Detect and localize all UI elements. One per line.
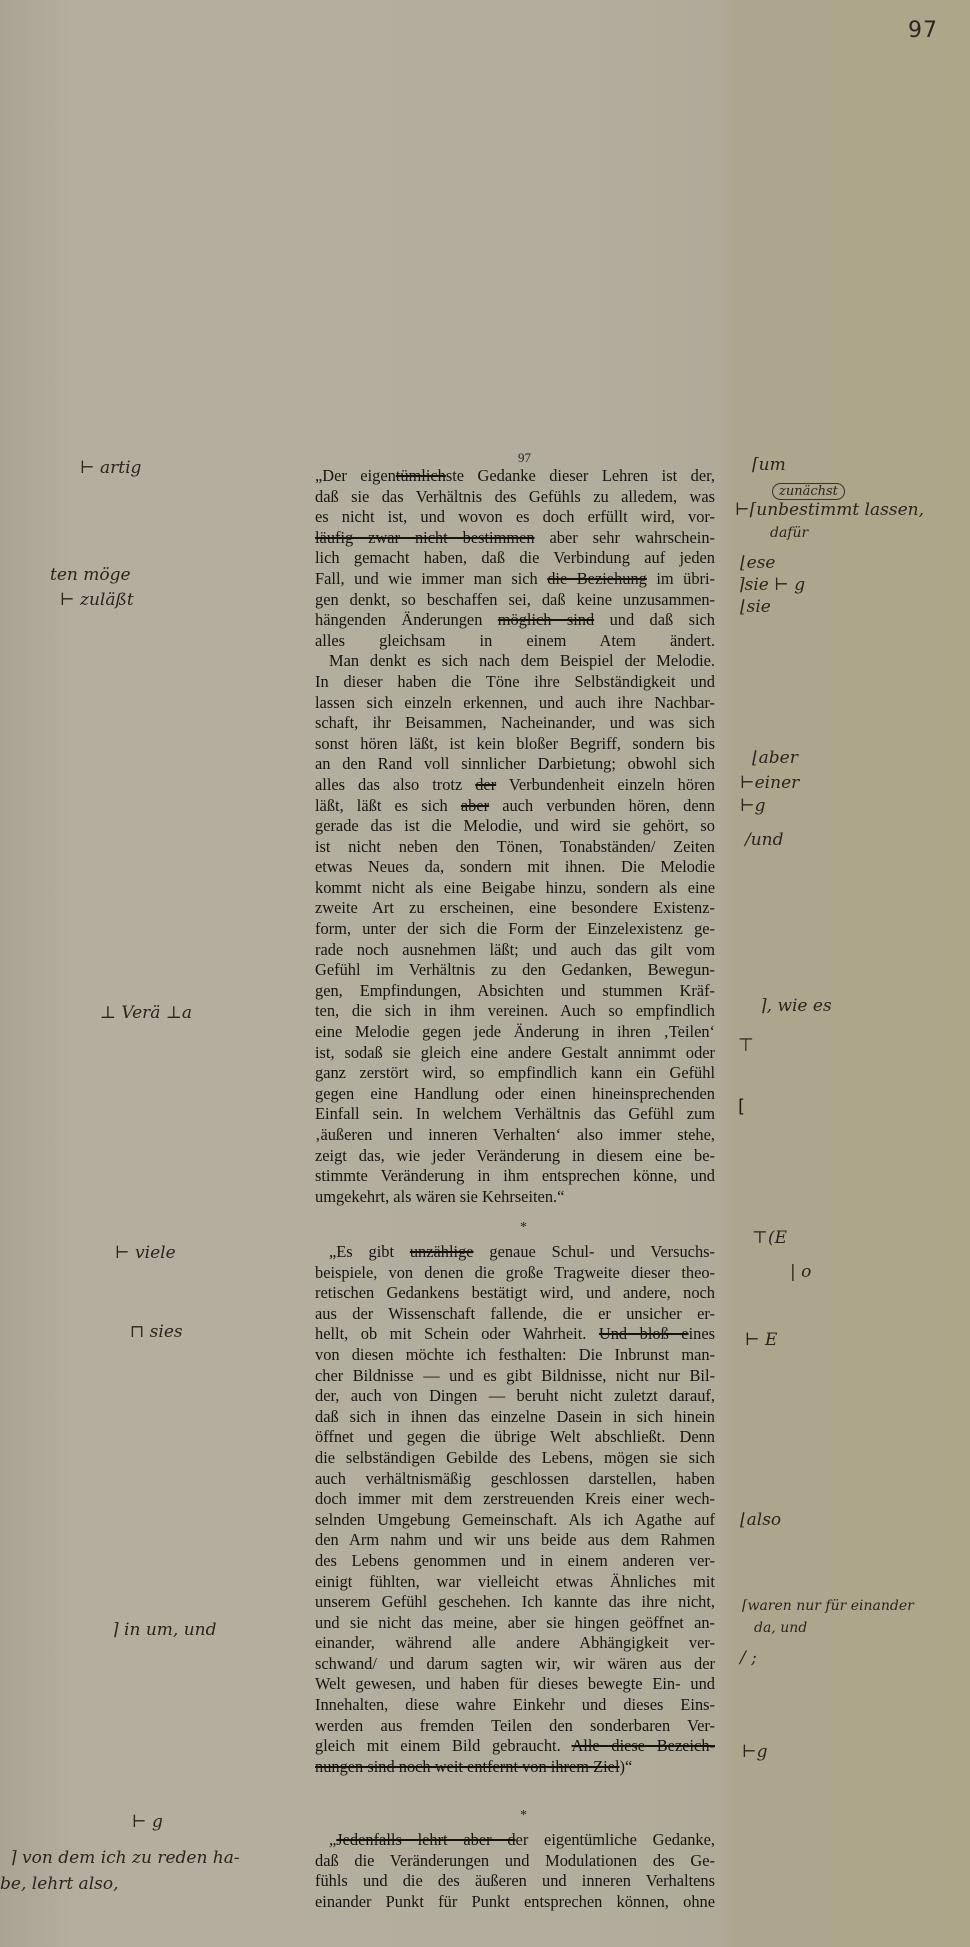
line-text: cher Bildnisse — und es gibt Bildnisse, … xyxy=(315,1366,715,1385)
section-separator: * xyxy=(520,1808,527,1824)
text-line: Fall, und wie immer man sich die Beziehu… xyxy=(315,569,715,590)
margin-note-right: ⊢g xyxy=(742,1742,768,1762)
line-text: ist, sodaß sie gleich eine andere Gestal… xyxy=(315,1043,715,1062)
line-text: die selbständigen Gebilde des Lebens, mö… xyxy=(315,1448,715,1467)
text-line: stimmte Veränderung in ihm entsprechen k… xyxy=(315,1166,715,1187)
text-line: „Jedenfalls lehrt aber der eigentümliche… xyxy=(315,1830,715,1851)
line-text: von diesen möchte ich festhalten: Die In… xyxy=(315,1345,715,1364)
struck-text: der xyxy=(475,775,496,794)
line-text: ist nicht neben den Tönen, Tonabständen/… xyxy=(315,837,715,856)
line-text: einander Punkt für Punkt entsprechen kön… xyxy=(315,1892,715,1911)
text-line: hängenden Änderungen möglich sind und da… xyxy=(315,610,715,631)
text-line: eine Melodie gegen jede Änderung in ihre… xyxy=(315,1022,715,1043)
struck-text: aber xyxy=(461,796,489,815)
margin-note-right: ⌊ese xyxy=(740,553,776,573)
text-line: schwand/ und darum sagten wir, wir wären… xyxy=(315,1654,715,1675)
line-text: selnden Umgebung Gemeinschaft. Als ich A… xyxy=(315,1510,715,1529)
line-text: )“ xyxy=(620,1757,633,1776)
text-line: Innehalten, diese wahre Einkehr und dies… xyxy=(315,1695,715,1716)
line-text: unserem Gefühl geschehen. Ich kannte das… xyxy=(315,1592,715,1611)
line-text: es nicht ist, und wovon es doch erfüllt … xyxy=(315,507,715,526)
margin-note-right: ⌊sie xyxy=(740,597,771,617)
line-text: rade noch ausnehmen läßt; und auch das g… xyxy=(315,940,715,959)
margin-note-right: ⊢ E xyxy=(745,1330,777,1350)
line-text: Welt gewesen, und haben für dieses beweg… xyxy=(315,1674,715,1693)
line-text: daß sie das Verhältnis des Gefühls zu al… xyxy=(315,487,715,506)
margin-note-right-boxed: zunächst xyxy=(772,483,845,500)
text-line: lich gemacht haben, daß die Verbindung a… xyxy=(315,548,715,569)
margin-note-right: /und xyxy=(745,830,784,850)
text-line: zweite Art zu erscheinen, eine besondere… xyxy=(315,898,715,919)
text-line: gerade das ist die Melodie, und wird sie… xyxy=(315,816,715,837)
text-line: retischen Gedankens bestätigt wird, und … xyxy=(315,1283,715,1304)
line-text: ‚äußeren und inneren Verhalten‘ also imm… xyxy=(315,1125,715,1144)
line-text: genaue Schul- und Versuchs- xyxy=(474,1242,715,1261)
line-text: den Arm nahm und wir uns beide aus dem R… xyxy=(315,1530,715,1549)
line-text: an den Rand voll sinnlicher Darbietung; … xyxy=(315,754,715,773)
margin-note-right: ⌊aber xyxy=(752,748,798,768)
line-text: Einfall sein. In welchem Verhältnis das … xyxy=(315,1104,715,1123)
line-text: auch verbunden hören, denn xyxy=(489,796,715,815)
text-line: daß sie das Verhältnis des Gefühls zu al… xyxy=(315,487,715,508)
text-line: von diesen möchte ich festhalten: Die In… xyxy=(315,1345,715,1366)
text-line: gleich mit einem Bild gebraucht. Alle di… xyxy=(315,1736,715,1757)
text-line: etwas Neues da, sondern mit ihnen. Die M… xyxy=(315,857,715,878)
text-line: doch immer mit dem zerstreuenden Kreis e… xyxy=(315,1489,715,1510)
margin-note-right: ⌉, wie es xyxy=(760,996,832,1016)
line-text: einigt fühlten, war vielleicht etwas Ähn… xyxy=(315,1572,715,1591)
text-line: einander, während alle andere Abhängigke… xyxy=(315,1633,715,1654)
line-text: hellt, ob mit Schein oder Wahrheit. xyxy=(315,1324,599,1343)
text-line: den Arm nahm und wir uns beide aus dem R… xyxy=(315,1530,715,1551)
line-text: zweite Art zu erscheinen, eine besondere… xyxy=(315,898,715,917)
text-line: „Es gibt unzählige genaue Schul- und Ver… xyxy=(315,1242,715,1263)
line-text: hängenden Änderungen xyxy=(315,610,498,629)
text-line: ten, die sich in ihm vereinen. Auch so e… xyxy=(315,1001,715,1022)
margin-note-right: ⌈um xyxy=(752,455,786,475)
text-line: daß sich in ihnen das einzelne Dasein in… xyxy=(315,1407,715,1428)
line-text: form, unter der sich die Form der Einzel… xyxy=(315,919,715,938)
struck-text: Jedenfalls lehrt aber d xyxy=(336,1830,515,1849)
margin-note-right: | o xyxy=(790,1262,811,1282)
line-text: aber sehr wahrschein- xyxy=(535,528,715,547)
text-line: auch verhältnismäßig geschlossen darstel… xyxy=(315,1469,715,1490)
line-text: gen denkt, so beschaffen sei, daß keine … xyxy=(315,590,715,609)
text-line: „Der eigentümlichste Gedanke dieser Lehr… xyxy=(315,466,715,487)
text-line: Welt gewesen, und haben für dieses beweg… xyxy=(315,1674,715,1695)
text-line: zeigt das, wie jeder Veränderung in dies… xyxy=(315,1146,715,1167)
text-line: ganz zerstört wird, so empfindlich kann … xyxy=(315,1063,715,1084)
line-text: daß die Veränderungen und Modulationen d… xyxy=(315,1851,715,1870)
margin-note-left: be, lehrt also, xyxy=(0,1874,119,1894)
line-text: „Der eigen xyxy=(315,466,396,485)
line-text: daß sich in ihnen das einzelne Dasein in… xyxy=(315,1407,715,1426)
text-line: gen, Empfindungen, Absichten und stummen… xyxy=(315,981,715,1002)
text-line: gegen eine Handlung oder einen hineinspr… xyxy=(315,1084,715,1105)
line-text: eine Melodie gegen jede Änderung in ihre… xyxy=(315,1022,715,1041)
text-line: ‚äußeren und inneren Verhalten‘ also imm… xyxy=(315,1125,715,1146)
struck-text: die Beziehung xyxy=(547,569,647,588)
text-line: Man denkt es sich nach dem Beispiel der … xyxy=(315,651,715,672)
text-line: ist nicht neben den Tönen, Tonabständen/… xyxy=(315,837,715,858)
line-text: sonst hören läßt, ist kein bloßer Begrif… xyxy=(315,734,715,753)
text-line: selnden Umgebung Gemeinschaft. Als ich A… xyxy=(315,1510,715,1531)
line-text: alles gleichsam in einem Atem ändert. xyxy=(315,631,715,650)
margin-note-right: ⊤(E xyxy=(752,1228,787,1248)
text-line: unserem Gefühl geschehen. Ich kannte das… xyxy=(315,1592,715,1613)
text-line: werden aus fremden Teilen den sonderbare… xyxy=(315,1716,715,1737)
correction-mark: ⊤ xyxy=(738,1035,754,1056)
line-text: werden aus fremden Teilen den sonderbare… xyxy=(315,1716,715,1735)
line-text: der, auch von Dingen — beruht nicht zule… xyxy=(315,1386,715,1405)
line-text: des Lebens genommen und in einem anderen… xyxy=(315,1551,715,1570)
text-line: beispiele, von denen die große Tragweite… xyxy=(315,1263,715,1284)
margin-note-right: ⊢g xyxy=(740,796,766,816)
text-line: schaft, ihr Beisammen, Nacheinander, und… xyxy=(315,713,715,734)
line-text: ste Gedanke dieser Lehren ist der, xyxy=(446,466,715,485)
text-line: des Lebens genommen und in einem anderen… xyxy=(315,1551,715,1572)
line-text: und sie nicht das meine, aber sie hingen… xyxy=(315,1613,715,1632)
text-line: umgekehrt, als wären sie Kehrseiten.“ xyxy=(315,1187,715,1208)
line-text: doch immer mit dem zerstreuenden Kreis e… xyxy=(315,1489,715,1508)
text-line: Einfall sein. In welchem Verhältnis das … xyxy=(315,1104,715,1125)
margin-note-left: ⊢ g xyxy=(132,1812,163,1832)
text-line: gen denkt, so beschaffen sei, daß keine … xyxy=(315,590,715,611)
line-text: lassen sich einzeln erkennen, und auch i… xyxy=(315,693,715,712)
margin-note-right: ⊢⌈unbestimmt lassen, xyxy=(735,500,924,520)
text-line: einigt fühlten, war vielleicht etwas Ähn… xyxy=(315,1572,715,1593)
margin-note-left: ⊢ zuläßt xyxy=(60,590,134,610)
text-line: läßt, läßt es sich aber auch verbunden h… xyxy=(315,796,715,817)
text-line: läufig zwar nicht bestimmen aber sehr wa… xyxy=(315,528,715,549)
line-text: Man denkt es sich nach dem Beispiel der … xyxy=(329,651,715,670)
struck-text: Alle diese Bezeich- xyxy=(571,1736,715,1755)
line-text: läßt, läßt es sich xyxy=(315,796,461,815)
text-section-2: „Es gibt unzählige genaue Schul- und Ver… xyxy=(315,1242,715,1777)
margin-note-left: ⊓ sies xyxy=(130,1322,183,1342)
line-text: alles das also trotz xyxy=(315,775,475,794)
line-text: ines xyxy=(689,1324,715,1343)
printed-page-number: 97 xyxy=(518,450,531,466)
margin-note-left: ⊥ Verä ⊥a xyxy=(100,1003,192,1023)
line-text: einander, während alle andere Abhängigke… xyxy=(315,1633,715,1652)
text-line: der, auch von Dingen — beruht nicht zule… xyxy=(315,1386,715,1407)
text-line: nungen sind noch weit entfernt von ihrem… xyxy=(315,1757,715,1778)
line-text: ganz zerstört wird, so empfindlich kann … xyxy=(315,1063,715,1082)
text-line: es nicht ist, und wovon es doch erfüllt … xyxy=(315,507,715,528)
line-text: etwas Neues da, sondern mit ihnen. Die M… xyxy=(315,857,715,876)
struck-text: unzählige xyxy=(410,1242,474,1261)
line-text: zeigt das, wie jeder Veränderung in dies… xyxy=(315,1146,715,1165)
line-text: retischen Gedankens bestätigt wird, und … xyxy=(315,1283,715,1302)
margin-note-left: ⊢ artig xyxy=(80,458,141,478)
margin-note-right: ⌉sie ⊢ g xyxy=(738,575,805,595)
line-text: ten, die sich in ihm vereinen. Auch so e… xyxy=(315,1001,715,1020)
line-text: gerade das ist die Melodie, und wird sie… xyxy=(315,816,715,835)
text-line: ist, sodaß sie gleich eine andere Gestal… xyxy=(315,1043,715,1064)
text-line: alles das also trotz der Verbundenheit e… xyxy=(315,775,715,796)
line-text: gegen eine Handlung oder einen hineinspr… xyxy=(315,1084,715,1103)
struck-text: nungen sind noch weit entfernt von ihrem… xyxy=(315,1757,620,1776)
struck-text: läufig zwar nicht bestimmen xyxy=(315,528,535,547)
text-line: form, unter der sich die Form der Einzel… xyxy=(315,919,715,940)
line-text: kommt nicht als eine Beigabe hinzu, sond… xyxy=(315,878,715,897)
text-line: hellt, ob mit Schein oder Wahrheit. Und … xyxy=(315,1324,715,1345)
line-text: Fall, und wie immer man sich xyxy=(315,569,547,588)
margin-note-left: ten möge xyxy=(50,565,131,585)
line-text: fühls und die des äußeren und inneren Ve… xyxy=(315,1871,715,1890)
line-text: Verbundenheit einzeln hören xyxy=(496,775,715,794)
text-line: einander Punkt für Punkt entsprechen kön… xyxy=(315,1892,715,1913)
text-line: sonst hören läßt, ist kein bloßer Begrif… xyxy=(315,734,715,755)
margin-note-right: ⊢einer xyxy=(740,773,799,793)
margin-note-right: / ; xyxy=(740,1648,757,1668)
line-text: In dieser haben die Töne ihre Selbständi… xyxy=(315,672,715,691)
correction-mark: [ xyxy=(738,1096,745,1117)
margin-note-right: dafür xyxy=(770,525,808,541)
text-line: öffnet und gegen die übrige Welt abschli… xyxy=(315,1427,715,1448)
text-line: In dieser haben die Töne ihre Selbständi… xyxy=(315,672,715,693)
text-section-3: „Jedenfalls lehrt aber der eigentümliche… xyxy=(315,1830,715,1912)
text-line: fühls und die des äußeren und inneren Ve… xyxy=(315,1871,715,1892)
line-text: Gefühl im Verhältnis zu den Gedanken, Be… xyxy=(315,960,715,979)
text-line: die selbständigen Gebilde des Lebens, mö… xyxy=(315,1448,715,1469)
margin-note-right: ⌊also xyxy=(740,1510,781,1530)
line-text: und daß sich xyxy=(594,610,715,629)
text-section-1: „Der eigentümlichste Gedanke dieser Lehr… xyxy=(315,466,715,1207)
text-line: alles gleichsam in einem Atem ändert. xyxy=(315,631,715,652)
line-text: lich gemacht haben, daß die Verbindung a… xyxy=(315,548,715,567)
text-line: kommt nicht als eine Beigabe hinzu, sond… xyxy=(315,878,715,899)
margin-note-left: ⌉ in um, und xyxy=(112,1620,217,1640)
line-text: Innehalten, diese wahre Einkehr und dies… xyxy=(315,1695,715,1714)
line-text: aus der Wissenschaft fallende, die er un… xyxy=(315,1304,715,1323)
margin-note-right: da, und xyxy=(754,1620,807,1636)
text-line: rade noch ausnehmen läßt; und auch das g… xyxy=(315,940,715,961)
text-line: an den Rand voll sinnlicher Darbietung; … xyxy=(315,754,715,775)
line-text: stimmte Veränderung in ihm entsprechen k… xyxy=(315,1166,715,1185)
line-text: auch verhältnismäßig geschlossen darstel… xyxy=(315,1469,715,1488)
line-text: beispiele, von denen die große Tragweite… xyxy=(315,1263,715,1282)
archive-page-number: 97 xyxy=(908,18,938,43)
section-separator: * xyxy=(520,1220,527,1236)
line-text: umgekehrt, als wären sie Kehrseiten.“ xyxy=(315,1187,564,1206)
text-line: und sie nicht das meine, aber sie hingen… xyxy=(315,1613,715,1634)
text-line: lassen sich einzeln erkennen, und auch i… xyxy=(315,693,715,714)
margin-note-left: ⊢ viele xyxy=(115,1243,176,1263)
manuscript-page: 97 97 „Der eigentümlichste Gedanke diese… xyxy=(0,0,970,1947)
line-text: schaft, ihr Beisammen, Nacheinander, und… xyxy=(315,713,715,732)
line-text: gleich mit einem Bild gebraucht. xyxy=(315,1736,571,1755)
text-line: cher Bildnisse — und es gibt Bildnisse, … xyxy=(315,1366,715,1387)
line-text: „Es gibt xyxy=(329,1242,410,1261)
line-text: schwand/ und darum sagten wir, wir wären… xyxy=(315,1654,715,1673)
text-line: daß die Veränderungen und Modulationen d… xyxy=(315,1851,715,1872)
text-line: aus der Wissenschaft fallende, die er un… xyxy=(315,1304,715,1325)
margin-note-left: ⌉ von dem ich zu reden ha- xyxy=(10,1848,240,1868)
margin-note-right: ⌈waren nur für einander xyxy=(742,1598,914,1614)
struck-text: tümlich xyxy=(396,466,446,485)
text-line: Gefühl im Verhältnis zu den Gedanken, Be… xyxy=(315,960,715,981)
line-text: er eigentümliche Gedanke, xyxy=(516,1830,715,1849)
line-text: gen, Empfindungen, Absichten und stummen… xyxy=(315,981,715,1000)
line-text: im übri- xyxy=(647,569,715,588)
line-text: öffnet und gegen die übrige Welt abschli… xyxy=(315,1427,715,1446)
struck-text: Und bloß e xyxy=(599,1324,689,1343)
struck-text: möglich sind xyxy=(498,610,594,629)
